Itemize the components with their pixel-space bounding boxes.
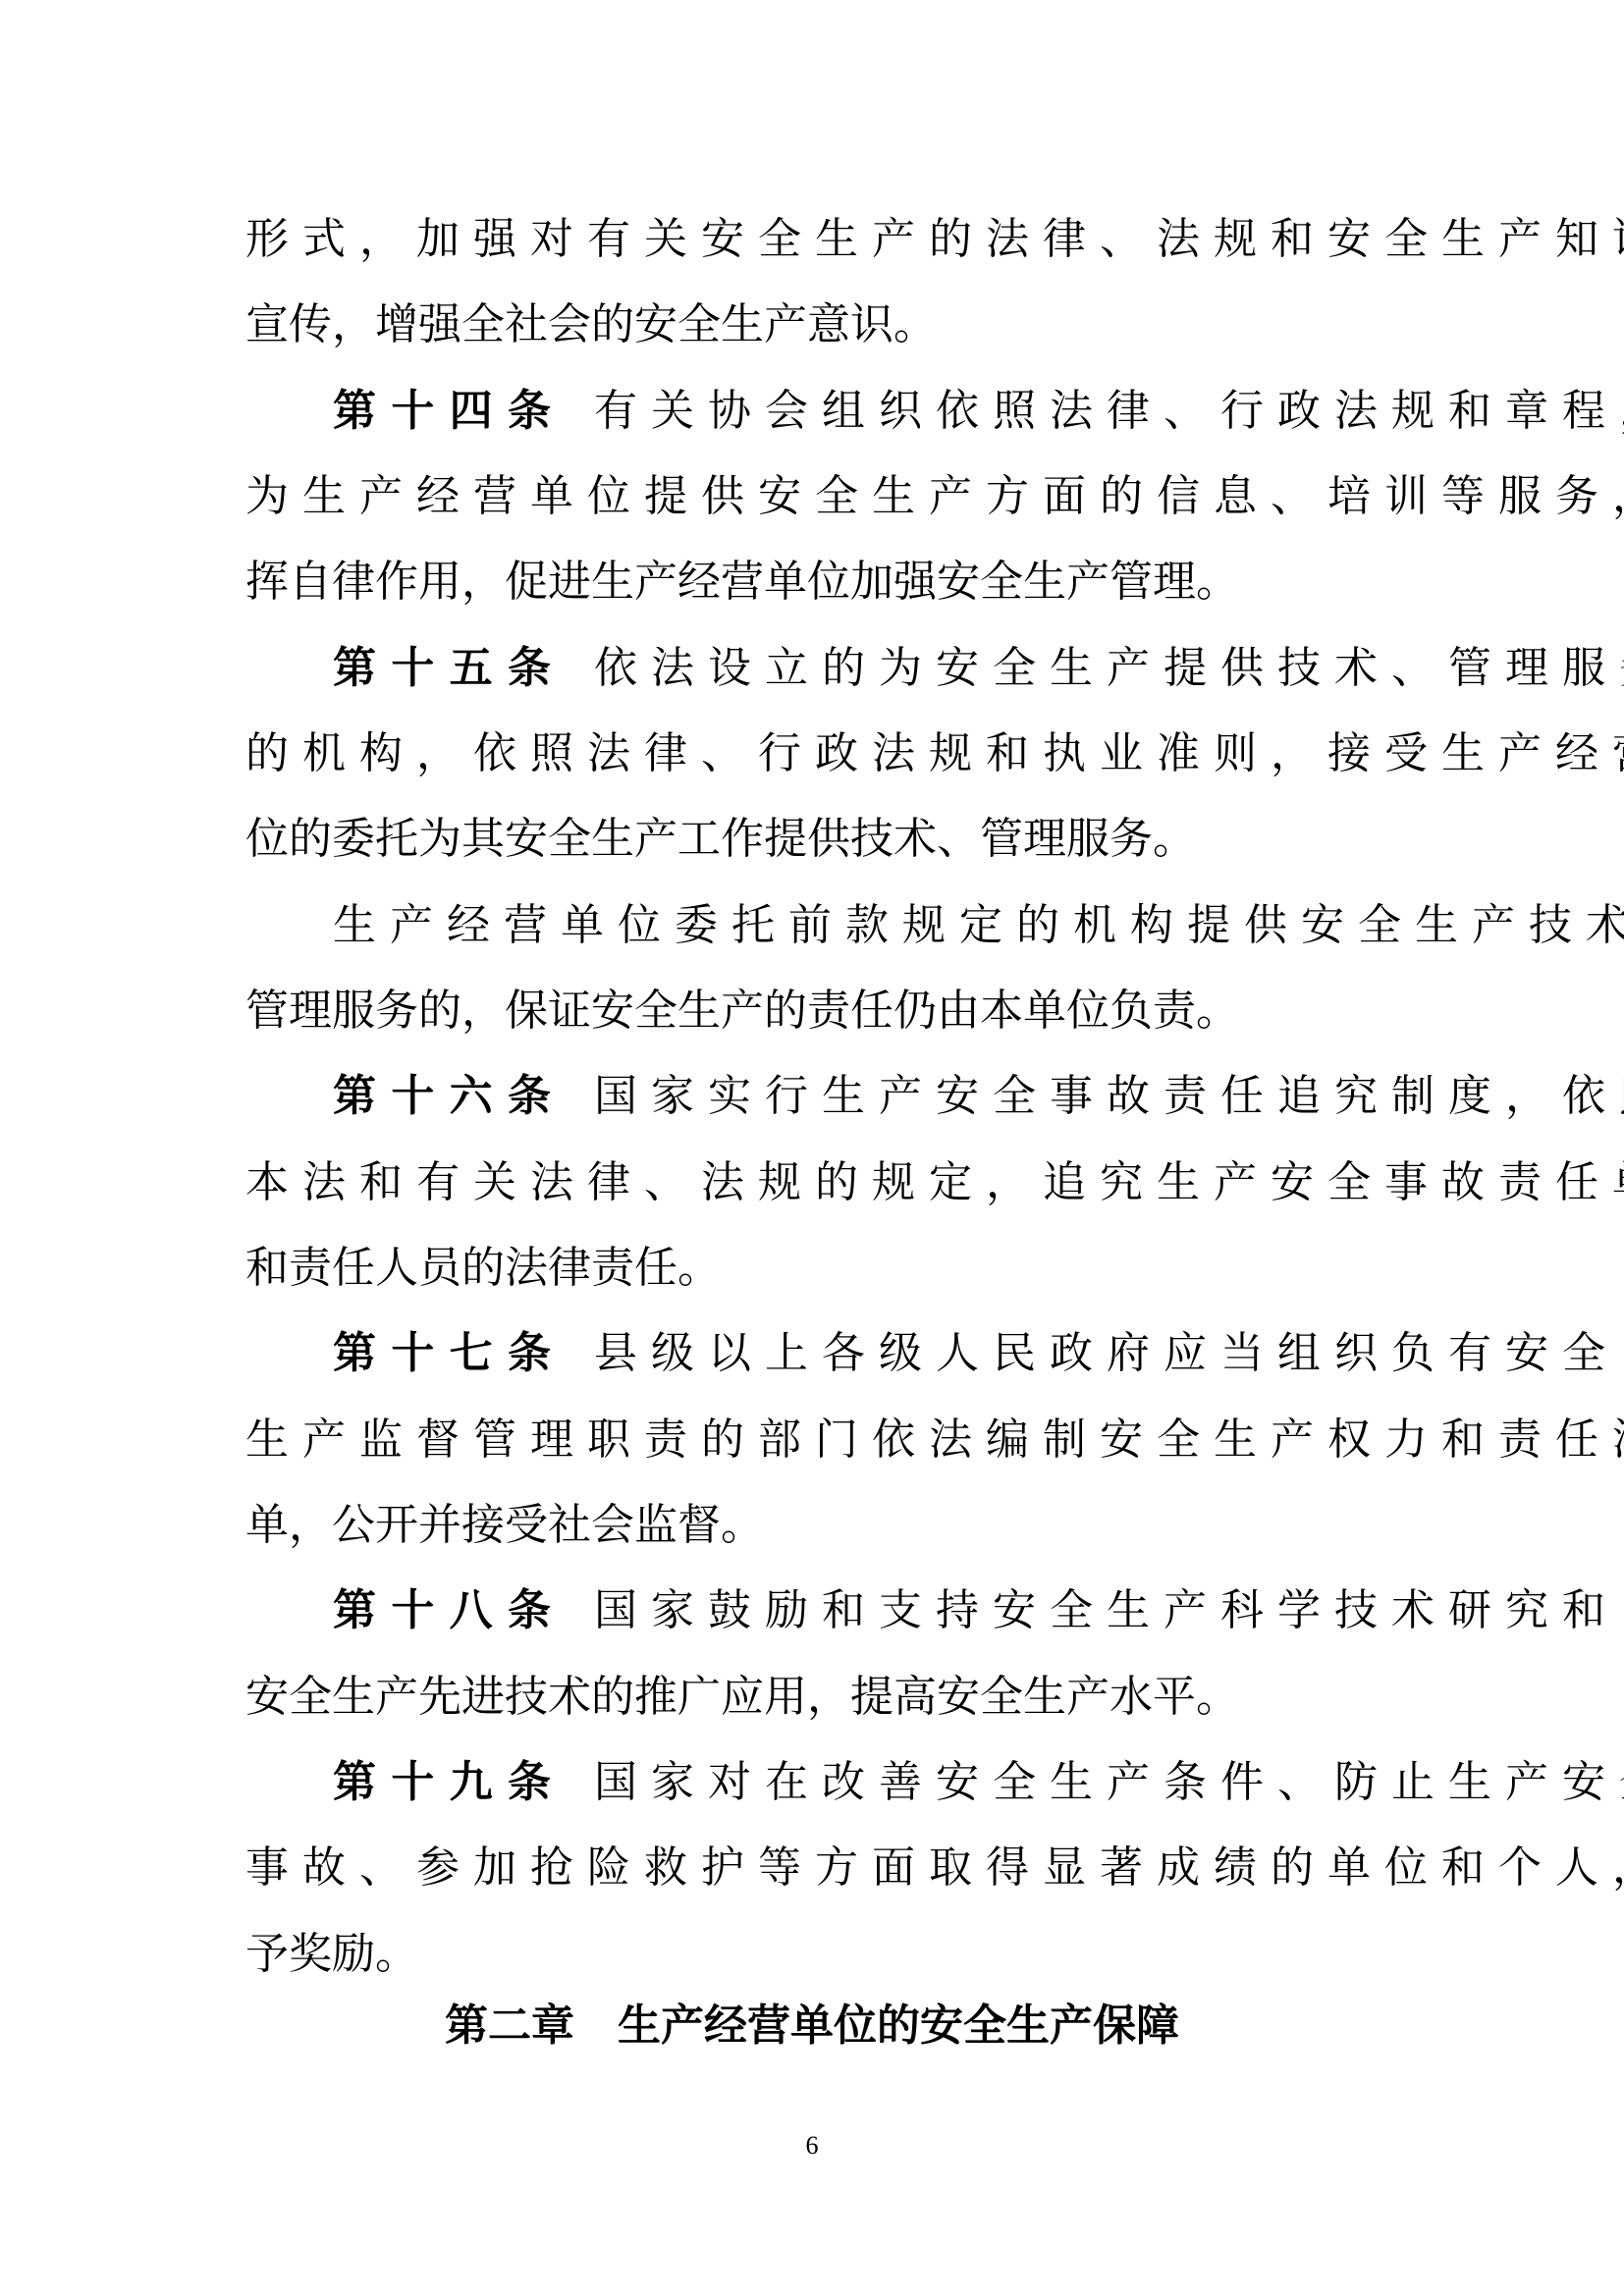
line-text: 管理服务的，保证安全生产的责任仍由本单位负责。 bbox=[245, 986, 1239, 1036]
text-line: 管理服务的，保证安全生产的责任仍由本单位负责。 bbox=[245, 988, 1380, 1035]
text-line: 生 产 监 督 管 理 职 责 的 部 门 依 法 编 制 安 全 生 产 权 … bbox=[245, 1416, 1380, 1464]
line-text: 本 法 和 有 关 法 律 、 法 规 的 规 定 ， 追 究 生 产 安 全 … bbox=[245, 1157, 1624, 1207]
article-number: 第 十 四 条 bbox=[333, 386, 551, 436]
line-text: 的 机 构 ， 依 照 法 律 、 行 政 法 规 和 执 业 准 则 ， 接 … bbox=[245, 728, 1624, 778]
line-text: 国 家 鼓 励 和 支 持 安 全 生 产 科 学 技 术 研 究 和 bbox=[594, 1585, 1605, 1635]
text-line: 事 故 、 参 加 抢 险 救 护 等 方 面 取 得 显 著 成 绩 的 单 … bbox=[245, 1844, 1380, 1892]
article-number: 第 十 八 条 bbox=[333, 1585, 551, 1635]
text-line: 和责任人员的法律责任。 bbox=[245, 1245, 1380, 1292]
article-line: 第 十 四 条有 关 协 会 组 织 依 照 法 律 、 行 政 法 规 和 章… bbox=[333, 388, 1380, 435]
line-text: 和责任人员的法律责任。 bbox=[245, 1243, 721, 1293]
text-line: 安全生产先进技术的推广应用，提高安全生产水平。 bbox=[245, 1674, 1380, 1721]
text-line: 形 式 ， 加 强 对 有 关 安 全 生 产 的 法 律 、 法 规 和 安 … bbox=[245, 216, 1380, 263]
line-text: 宣传，增强全社会的安全生产意识。 bbox=[245, 299, 937, 349]
article-number: 第 十 九 条 bbox=[333, 1757, 551, 1807]
line-text: 单，公开并接受社会监督。 bbox=[245, 1500, 764, 1550]
line-text: 位的委托为其安全生产工作提供技术、管理服务。 bbox=[245, 814, 1196, 864]
article-number: 第 十 六 条 bbox=[333, 1071, 551, 1121]
article-line: 第 十 八 条国 家 鼓 励 和 支 持 安 全 生 产 科 学 技 术 研 究… bbox=[333, 1587, 1380, 1634]
text-line: 本 法 和 有 关 法 律 、 法 规 的 规 定 ， 追 究 生 产 安 全 … bbox=[245, 1159, 1380, 1206]
chapter-heading: 第二章生产经营单位的安全生产保障 bbox=[0, 1999, 1624, 2054]
line-text: 事 故 、 参 加 抢 险 救 护 等 方 面 取 得 显 著 成 绩 的 单 … bbox=[245, 1842, 1624, 1893]
text-line: 宣传，增强全社会的安全生产意识。 bbox=[245, 301, 1380, 348]
text-line: 的 机 构 ， 依 照 法 律 、 行 政 法 规 和 执 业 准 则 ， 接 … bbox=[245, 730, 1380, 777]
article-line: 第 十 九 条国 家 对 在 改 善 安 全 生 产 条 件 、 防 止 生 产… bbox=[333, 1759, 1380, 1806]
text-line: 单，公开并接受社会监督。 bbox=[245, 1502, 1380, 1549]
line-text: 挥自律作用，促进生产经营单位加强安全生产管理。 bbox=[245, 557, 1239, 607]
line-text: 形 式 ， 加 强 对 有 关 安 全 生 产 的 法 律 、 法 规 和 安 … bbox=[245, 214, 1624, 264]
article-line: 第 十 六 条国 家 实 行 生 产 安 全 事 故 责 任 追 究 制 度 ，… bbox=[333, 1073, 1380, 1120]
text-line: 位的委托为其安全生产工作提供技术、管理服务。 bbox=[245, 816, 1380, 863]
article-line: 第 十 五 条依 法 设 立 的 为 安 全 生 产 提 供 技 术 、 管 理… bbox=[333, 645, 1380, 692]
text-line: 予奖励。 bbox=[245, 1931, 1380, 1978]
text-line: 挥自律作用，促进生产经营单位加强安全生产管理。 bbox=[245, 559, 1380, 606]
line-text: 依 法 设 立 的 为 安 全 生 产 提 供 技 术 、 管 理 服 务 bbox=[594, 643, 1624, 693]
line-text: 予奖励。 bbox=[245, 1929, 418, 1979]
line-text: 安全生产先进技术的推广应用，提高安全生产水平。 bbox=[245, 1672, 1239, 1722]
line-text: 国 家 实 行 生 产 安 全 事 故 责 任 追 究 制 度 ， 依 照 bbox=[594, 1071, 1624, 1121]
chapter-title: 生产经营单位的安全生产保障 bbox=[618, 2001, 1179, 2051]
line-text: 有 关 协 会 组 织 依 照 法 律 、 行 政 法 规 和 章 程 ， bbox=[594, 386, 1624, 436]
document-page: 形 式 ， 加 强 对 有 关 安 全 生 产 的 法 律 、 法 规 和 安 … bbox=[0, 0, 1624, 2296]
page-number: 6 bbox=[0, 2130, 1624, 2162]
text-line: 为 生 产 经 营 单 位 提 供 安 全 生 产 方 面 的 信 息 、 培 … bbox=[245, 473, 1380, 520]
line-text: 国 家 对 在 改 善 安 全 生 产 条 件 、 防 止 生 产 安 全 bbox=[594, 1757, 1624, 1807]
article-number: 第 十 五 条 bbox=[333, 643, 551, 693]
article-number: 第 十 七 条 bbox=[333, 1328, 551, 1378]
article-line: 第 十 七 条县 级 以 上 各 级 人 民 政 府 应 当 组 织 负 有 安… bbox=[333, 1330, 1380, 1377]
line-text: 县 级 以 上 各 级 人 民 政 府 应 当 组 织 负 有 安 全 bbox=[594, 1328, 1605, 1378]
text-line: 生 产 经 营 单 位 委 托 前 款 规 定 的 机 构 提 供 安 全 生 … bbox=[333, 902, 1380, 949]
chapter-number: 第二章 bbox=[445, 2001, 574, 2051]
line-text: 生 产 经 营 单 位 委 托 前 款 规 定 的 机 构 提 供 安 全 生 … bbox=[333, 900, 1624, 950]
line-text: 生 产 监 督 管 理 职 责 的 部 门 依 法 编 制 安 全 生 产 权 … bbox=[245, 1415, 1624, 1465]
line-text: 为 生 产 经 营 单 位 提 供 安 全 生 产 方 面 的 信 息 、 培 … bbox=[245, 471, 1624, 521]
